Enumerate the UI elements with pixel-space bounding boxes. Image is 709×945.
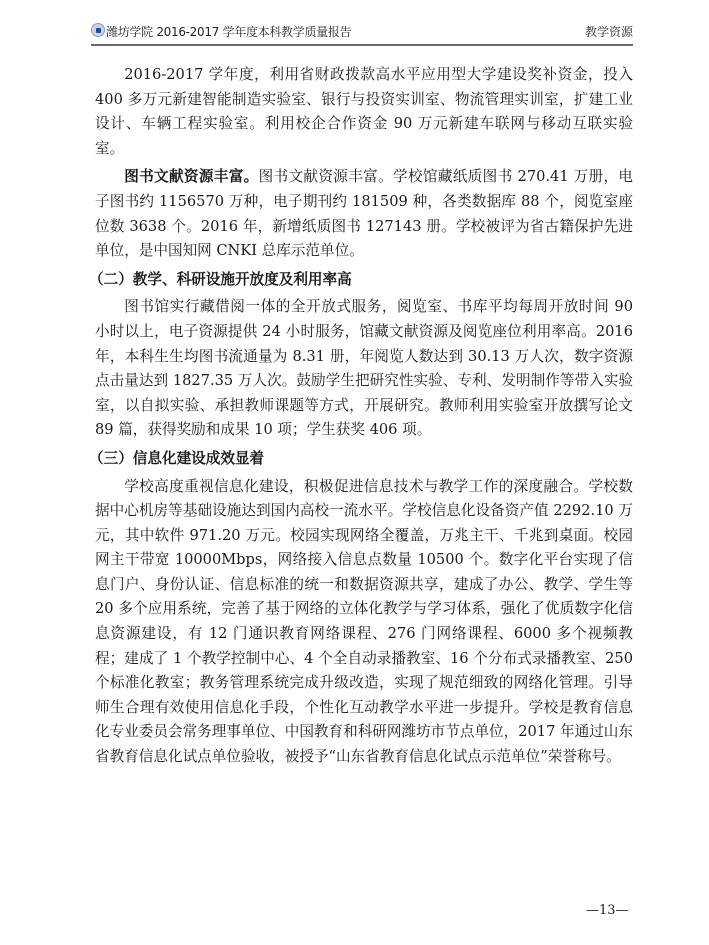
page-content: 2016-2017 学年度，利用省财政拨款高水平应用型大学建设奖补资金，投入 4… [95,63,633,770]
section-heading-facility-openness: （二）教学、科研设施开放度及利用率高 [89,264,633,296]
report-title: 潍坊学院 2016-2017 学年度本科教学质量报告 [106,23,351,40]
paragraph-lab-construction: 2016-2017 学年度，利用省财政拨款高水平应用型大学建设奖补资金，投入 4… [95,63,633,161]
section-name: 教学资源 [585,23,633,40]
paragraph-library-resources: 图书文献资源丰富。图书文献资源丰富。学校馆藏纸质图书 270.41 万册，电子图… [95,165,633,263]
paragraph-informatization: 学校高度重视信息化建设，积极促进信息技术与教学工作的深度融合。学校数据中心机房等… [95,475,633,770]
paragraph-library-services: 图书馆实行藏借阅一体的全开放式服务，阅览室、书库平均每周开放时间 90 小时以上… [95,295,633,443]
section-heading-informatization: （三）信息化建设成效显着 [89,443,633,475]
page-number: —13— [586,903,629,918]
paragraph-lead-heading: 图书文献资源丰富。 [124,168,258,185]
university-emblem-icon [91,23,105,37]
page-header: 潍坊学院 2016-2017 学年度本科教学质量报告 教学资源 [91,22,633,46]
